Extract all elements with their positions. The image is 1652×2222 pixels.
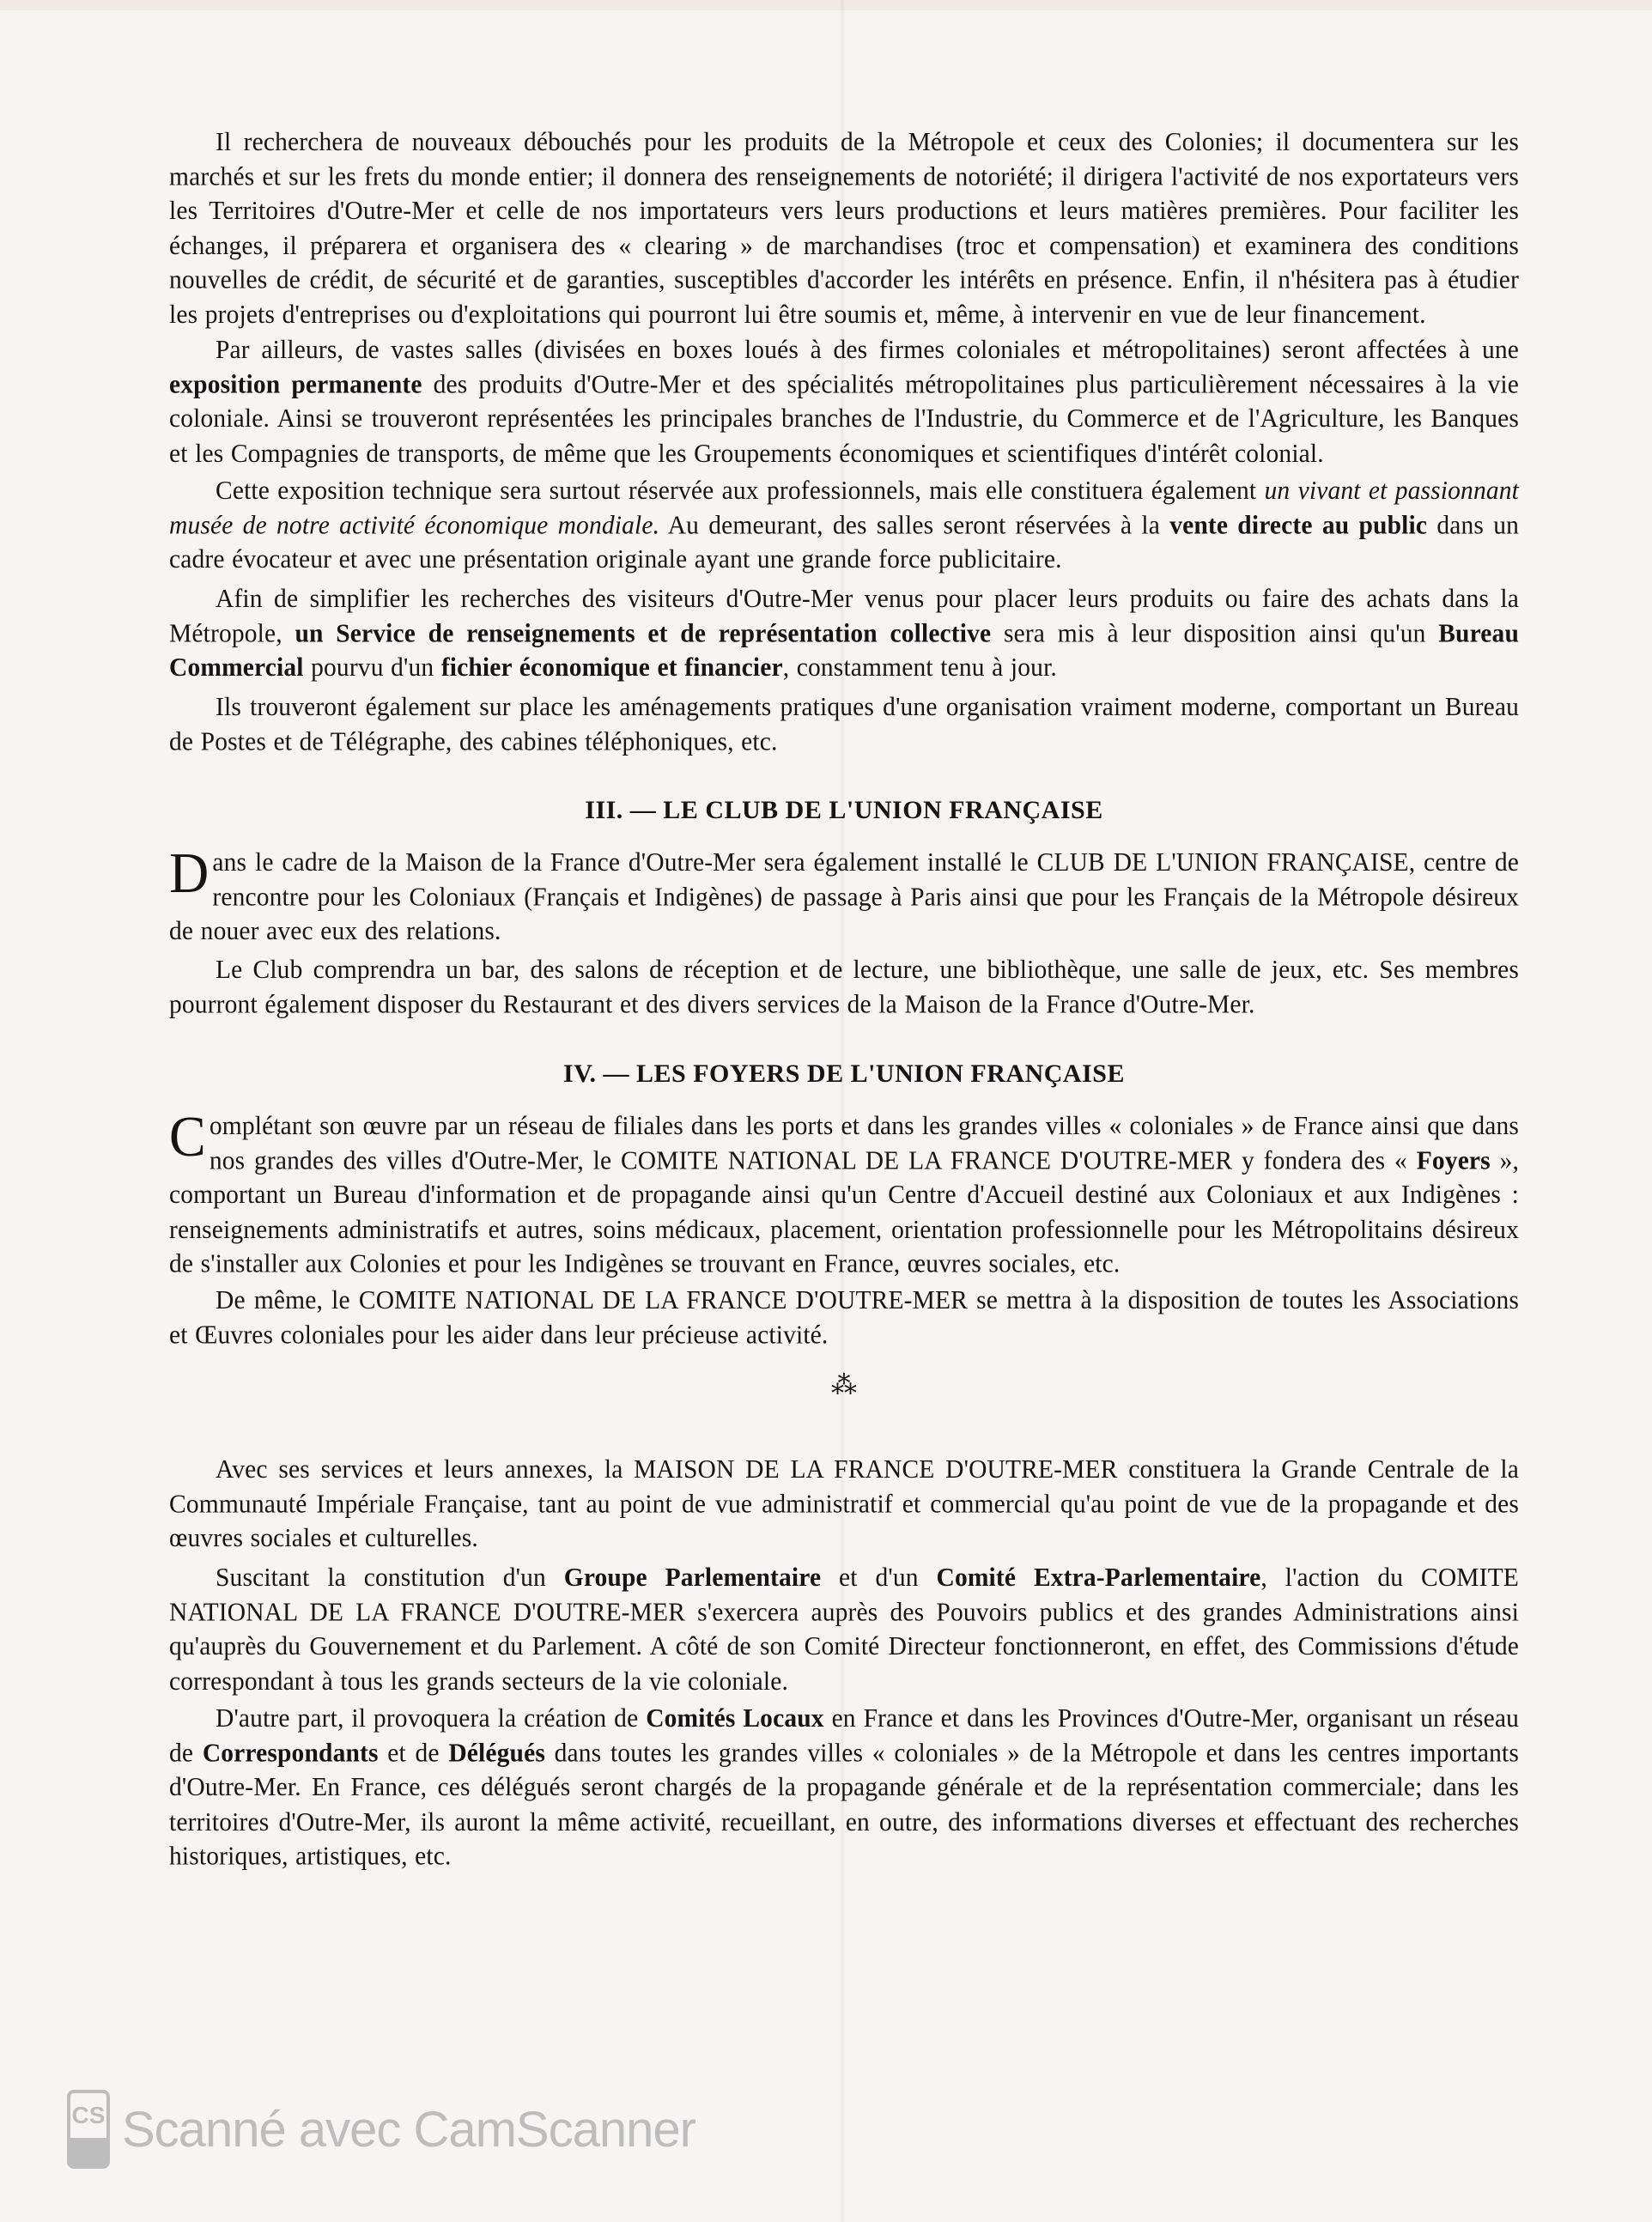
text-run: De même, le COMITE NATIONAL DE LA FRANCE… (169, 1286, 1519, 1349)
scan-top-edge (0, 0, 1652, 10)
text-run: Il recherchera de nouveaux débouchés pou… (169, 128, 1519, 329)
paragraph: Dans le cadre de la Maison de la France … (169, 846, 1519, 949)
text-run: omplétant son œuvre par un réseau de fil… (210, 1112, 1519, 1175)
text-run: sera mis à leur disposition ainsi qu'un (991, 619, 1438, 647)
text-run: Suscitant la constitution d'un (216, 1563, 564, 1592)
paragraph: Ils trouveront également sur place les a… (169, 690, 1519, 759)
document-page: Il recherchera de nouveaux débouchés pou… (169, 125, 1519, 1876)
section-club-body: Dans le cadre de la Maison de la France … (169, 846, 1519, 1020)
text-run: Le Club comprendra un bar, des salons de… (169, 956, 1519, 1019)
asterism-separator: ⁂ (169, 1369, 1519, 1403)
emphasis-bold: Comité Extra-Parlementaire (936, 1563, 1260, 1592)
emphasis-bold: Foyers (1417, 1146, 1491, 1175)
section-foyers-body: Complétant son œuvre par un réseau de fi… (169, 1109, 1519, 1350)
intro-paragraphs: Il recherchera de nouveaux débouchés pou… (169, 125, 1519, 756)
emphasis-bold: un Service de renseignements et de repré… (295, 619, 991, 647)
section-heading-foyers: IV. — LES FOYERS DE L'UNION FRANÇAISE (169, 1058, 1519, 1090)
paragraph: De même, le COMITE NATIONAL DE LA FRANCE… (169, 1284, 1519, 1352)
watermark-text: Scanné avec CamScanner (122, 2101, 695, 2158)
emphasis-bold: exposition permanente (169, 370, 422, 398)
text-run: Cette exposition technique sera surtout … (216, 477, 1265, 505)
text-run: Ils trouveront également sur place les a… (169, 693, 1519, 756)
text-run: D'autre part, il provoquera la création … (216, 1704, 646, 1733)
text-run: et de (379, 1739, 449, 1767)
paragraph: Avec ses services et leurs annexes, la M… (169, 1453, 1519, 1556)
camscanner-logo-icon: CS (67, 2090, 110, 2169)
paragraph: Complétant son œuvre par un réseau de fi… (169, 1109, 1519, 1282)
paragraph: Afin de simplifier les recherches des vi… (169, 582, 1519, 685)
paragraph: Il recherchera de nouveaux débouchés pou… (169, 125, 1519, 332)
emphasis-bold: fichier économique et financier (441, 653, 783, 682)
paragraph: D'autre part, il provoquera la création … (169, 1702, 1519, 1874)
text-run: ans le cadre de la Maison de la France d… (169, 848, 1519, 946)
emphasis-bold: Délégués (448, 1739, 545, 1767)
text-run: Au demeurant, des salles seront réservée… (659, 511, 1169, 539)
emphasis-bold: Comités Locaux (646, 1704, 823, 1733)
emphasis-bold: Groupe Parlementaire (564, 1563, 822, 1592)
emphasis-bold: vente directe au public (1169, 511, 1427, 539)
drop-cap: C (169, 1113, 206, 1159)
text-run: Avec ses services et leurs annexes, la M… (169, 1455, 1519, 1553)
paragraph: Cette exposition technique sera surtout … (169, 474, 1519, 577)
text-run: , constamment tenu à jour. (783, 653, 1057, 682)
camscanner-watermark: CS Scanné avec CamScanner (67, 2090, 695, 2169)
text-run: et d'un (821, 1563, 936, 1592)
emphasis-bold: Correspondants (203, 1739, 379, 1767)
closing-paragraphs: Avec ses services et leurs annexes, la M… (169, 1453, 1519, 1867)
text-run: Par ailleurs, de vastes salles (divisées… (216, 336, 1519, 364)
text-run: pourvu d'un (304, 653, 441, 682)
paragraph: Le Club comprendra un bar, des salons de… (169, 953, 1519, 1022)
section-heading-club: III. — LE CLUB DE L'UNION FRANÇAISE (169, 794, 1519, 827)
paragraph: Suscitant la constitution d'un Groupe Pa… (169, 1561, 1519, 1699)
paragraph: Par ailleurs, de vastes salles (divisées… (169, 333, 1519, 471)
drop-cap: D (169, 849, 209, 895)
